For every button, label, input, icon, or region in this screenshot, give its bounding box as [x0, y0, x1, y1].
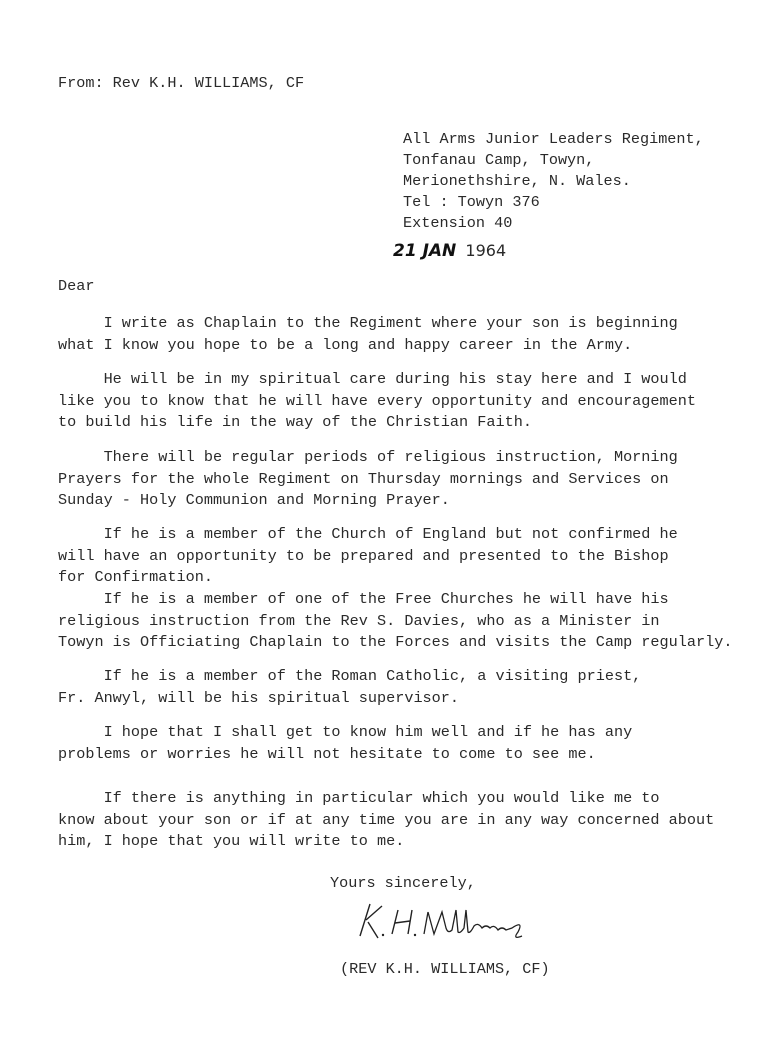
address-line: All Arms Junior Leaders Regiment, [403, 129, 704, 151]
paragraph-line: Sunday - Holy Communion and Morning Pray… [58, 490, 778, 512]
handwritten-date: 21 JAN [393, 241, 456, 261]
paragraph-line: If he is a member of the Church of Engla… [58, 524, 778, 546]
salutation: Dear [58, 276, 94, 298]
paragraph-line: to build his life in the way of the Chri… [58, 412, 778, 434]
address-line: Merionethshire, N. Wales. [403, 171, 631, 193]
paragraph-line: There will be regular periods of religio… [58, 447, 778, 469]
paragraph-line: will have an opportunity to be prepared … [58, 546, 778, 568]
paragraph-line: I write as Chaplain to the Regiment wher… [58, 313, 778, 335]
closing: Yours sincerely, [330, 873, 476, 895]
paragraph-line: for Confirmation. [58, 567, 778, 589]
paragraph-line: Towyn is Officiating Chaplain to the For… [58, 632, 778, 654]
address-line: Extension 40 [403, 213, 512, 235]
paragraph-line: know about your son or if at any time yo… [58, 810, 778, 832]
paragraph-line: what I know you hope to be a long and ha… [58, 335, 778, 357]
body-paragraph: There will be regular periods of religio… [58, 447, 778, 512]
paragraph-line: If he is a member of one of the Free Chu… [58, 589, 778, 611]
address-line: Tel : Towyn 376 [403, 192, 540, 214]
paragraph-line: Fr. Anwyl, will be his spiritual supervi… [58, 688, 778, 710]
paragraph-line: He will be in my spiritual care during h… [58, 369, 778, 391]
paragraph-line: If he is a member of the Roman Catholic,… [58, 666, 778, 688]
body-paragraph: If he is a member of one of the Free Chu… [58, 589, 778, 654]
signatory-name: (REV K.H. WILLIAMS, CF) [340, 959, 550, 981]
body-paragraph: If there is anything in particular which… [58, 788, 778, 853]
sender-line: From: Rev K.H. WILLIAMS, CF [58, 73, 304, 95]
signature [352, 898, 542, 944]
body-paragraph: If he is a member of the Church of Engla… [58, 524, 778, 589]
body-paragraph: He will be in my spiritual care during h… [58, 369, 778, 434]
paragraph-line: If there is anything in particular which… [58, 788, 778, 810]
date-year: 1964 [465, 241, 506, 260]
body-paragraph: If he is a member of the Roman Catholic,… [58, 666, 778, 709]
paragraph-line: I hope that I shall get to know him well… [58, 722, 778, 744]
date: 21 JAN 1964 [393, 240, 506, 264]
paragraph-line: like you to know that he will have every… [58, 391, 778, 413]
paragraph-line: Prayers for the whole Regiment on Thursd… [58, 469, 778, 491]
body-paragraph: I hope that I shall get to know him well… [58, 722, 778, 765]
body-paragraph: I write as Chaplain to the Regiment wher… [58, 313, 778, 356]
paragraph-line: problems or worries he will not hesitate… [58, 744, 778, 766]
paragraph-line: him, I hope that you will write to me. [58, 831, 778, 853]
address-line: Tonfanau Camp, Towyn, [403, 150, 594, 172]
paragraph-line: religious instruction from the Rev S. Da… [58, 611, 778, 633]
